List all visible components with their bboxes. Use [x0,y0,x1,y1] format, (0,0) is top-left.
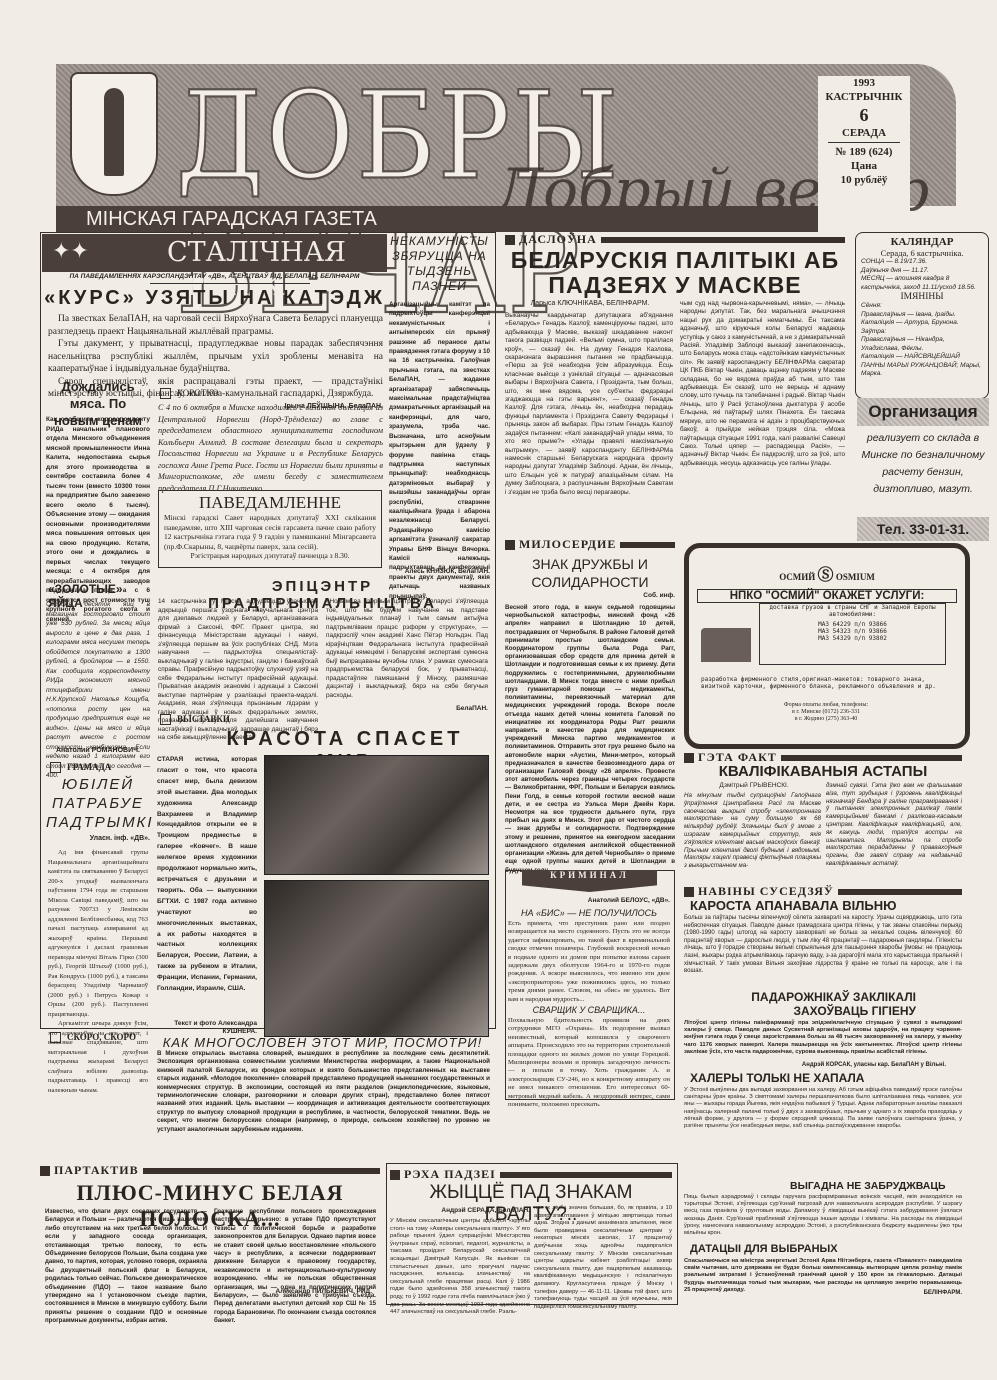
fact-byline: Дзмітрый ГРЫВЕНСКІ. [684,782,824,789]
exhibitions-body: СТАРАЯ истина, которая гласит о том, что… [157,755,257,995]
newspaper-subtitle: МІНСКАЯ ГАРАДСКАЯ ГАЗЕТА [56,206,818,232]
price-label: Цана [818,159,910,173]
partaktiv-col1: Известно, что флаги двух соседних госуда… [45,1208,207,1326]
eggs-byline: Анатолий РОМАНОВИЧ. [46,747,150,754]
noncommunists-byline: Алесь КНЯЗЮК, БелаПАН. [389,568,490,575]
checkbox-bullet-icon [160,388,171,399]
exhibitions-label: ВЫСТАВКИ [160,714,230,725]
fuel-ad-body: реализует со склада в Минске по безналич… [857,430,989,498]
calendar-sun: СОНЦА — 8.19/17.36. [861,258,983,267]
calendar-daylength: Даўжыня дня — 11.17. [861,267,983,276]
calendar-date: Серада, 6 кастрычніка. [856,248,988,258]
echo-col2: ная ж лічба значна большая, бо, як праві… [534,1205,672,1311]
dictionaries-headline: КАК МНОГОСЛОВЕН ЭТОТ МИР, ПОСМОТРИ! [155,1035,490,1050]
lead-headline: «КУРС» УЗЯТЫ НА КАТЭДЖ [42,287,387,310]
epicenter-byline: БелаПАН. [326,705,488,712]
charity-source: Соб. инф. [505,592,675,599]
echo-byline: Андрэй СЕРАДА, БелаПАН. [390,1207,530,1214]
fact-col1: На мінулым тыдні супрацоўнікі Галоўнага … [684,792,821,870]
neighbors-story4-headline: ВЫГАДНА НЕ ЗАБРУДЖВАЦЬ [790,1180,962,1192]
divider [150,283,310,284]
section-label-echo: РЭХА ПАДЗЕІ [390,1167,672,1182]
fuel-ad-footer: Тел. 33-01-31. [857,517,989,541]
hromada-source: Уласн. інф. «ДВ». [46,835,150,842]
neighbors-story2-byline: Андрэй КОРСАК, уласны кар. БелаПАН у Віл… [684,1062,946,1068]
checkbox-bullet-icon [160,714,171,725]
exhibition-photo-authors [264,880,489,1037]
osmium-logo: ОСМИЙ Ⓢ OSMIUM [689,562,965,585]
exhibition-photo-visitors [264,755,489,875]
osmium-delivery-box: доставка грузов в страны СНГ и Западной … [759,603,946,665]
opinions-headline: БЕЛАРУСКІЯ ПАЛІТЫКІ АБ ПАДЗЕЯХ У МАСКВЕ [505,248,845,298]
opinions-col1: Выканаўчы каардынатар дэпутацкага аб'ядн… [505,312,673,497]
crime-byline: Анатолий БЕЛОУС, «ДВ». [505,897,670,904]
hromada-headline: ЮБІЛЕЙ ПАТРАБУЕ ПАДТРЫМКІ [46,775,150,832]
dictionaries-body: В Минске открылась выставка словарей, вы… [157,1050,490,1134]
chronicle-banner: ✦✦ СТАЛІЧНАЯ ХРОНІКА [42,234,387,272]
exhibitions-credit: Текст и фото Александра КУШНЕРА. [157,1020,257,1036]
checkbox-bullet-icon [50,1032,61,1043]
opinions-col2: чым суд над чырвона-карычневымі, няма», … [680,300,845,468]
calendar-moon: МЕСЯЦ — апошняя квадра 8 кастрычніка, за… [861,275,983,292]
charity-headline: ЗНАК ДРУЖБЫ И СОЛИДАРНОСТИ [505,555,675,591]
neighbors-story1-body: Больш за паўтары тысячы віленчукоў сёлет… [684,915,962,976]
neighbors-story5-headline: ДАТАЦЫІ ДЛЯ ВЫБРАНЫХ [690,1243,962,1255]
soon-label: СКОРО, СКОРО [50,1032,136,1043]
hromada-body: Ад імя фінансавай групы Нацыянальнага ар… [48,848,148,1095]
osmium-design: разработка фирменного стиля,оригинал-мак… [701,676,951,690]
neighbors-story3-headline: ХАЛЕРЫ ТОЛЬКІ НЕ ХАПАЛА [690,1071,962,1085]
section-label-charity: МИЛОСЕРДИЕ [505,537,675,552]
opinions-byline: Ларыса КЛЮЧНІКАВА, БЕЛІНФАРМ. [505,300,675,307]
charity-body: Весной этого года, в канун седьмой годов… [505,604,675,875]
neighbors-story3-body: У Эстоніі выяўлены два выпадкі захворван… [684,1087,962,1130]
notice-footer: Рэгістрацыя народных дэпутатаў пачнецца … [159,551,381,560]
issue-year: 1993 [818,76,910,90]
noncommunists-headline: НЕКАМУНІСТЫ ЗБЯРУЦЦА НА ТЫДЗЕНЬ ПАЗНЕЙ [387,234,492,294]
short-body: С 4 по 6 октября в Минске находилась с в… [158,402,383,494]
masthead: ДОБРЫ ВЕЧАР Добрый вечер МІНСКАЯ ГАРАДСК… [56,64,974,234]
osmium-ad: ОСМИЙ Ⓢ OSMIUM НПКО "ОСМИЙ" ОКАЖЕТ УСЛУГ… [684,543,970,749]
checkbox-bullet-icon [50,762,61,773]
echo-col1: У Мінскім сексалагічным цэнтры адбыўся «… [390,1218,530,1317]
crime-story1-body: Есть примета, что преступник рано или по… [508,920,670,1004]
short-label: КОРОТКО [160,388,219,399]
notice-box: ПАВЕДАМЛЕННЕ Мінскі гарадскі Савет народ… [158,490,382,568]
crime-story2-headline: СВАРЩИК У СВАРЩИКА... [505,1005,673,1015]
neighbors-story5-body: Спасылаючыся на міністра энергетыкі Эсто… [684,1258,962,1294]
notice-body: Мінскі гарадскі Савет народных дэпутатаў… [159,513,381,551]
partaktiv-byline: Александр ПИЛЬКЕВИЧ, РИД. [214,1288,372,1295]
section-label-opinions: ДАСЛОЎНА [505,232,845,247]
chronicle-sources: ПА ПАВЕДАМЛЕННЯХ КАРЭСПАНДЭНТАЎ «ДВ», АГ… [42,273,387,280]
neighbors-story2-headline: ПАДАРОЖНІКАЎ ЗАКЛІКАЛІ ЗАХОЎВАЦЬ ГІГІЕНУ [684,990,916,1018]
fact-col2: дэмнай сувязі. Гэта ўжо вам не фальшывая… [826,782,962,868]
issue-number: № 189 (624) [818,145,910,159]
calendar-title: КАЛЯНДАР [856,236,988,248]
section-label-neighbors: НАВІНЫ СУСЕДЗЯЎ [684,884,962,899]
osmium-contacts: Форма оплаты любая, телефоны: в г. Минск… [701,702,951,723]
street-lamps-icon: ✦✦ [52,238,112,268]
partaktiv-col2: Граждане республики польского происхожде… [214,1208,376,1326]
neighbors-story4-body: Пяць былых аэрадромаў і склады гаручага … [684,1194,962,1237]
fuel-ad-header: Организация [857,398,989,426]
hromada-label: ГРАМАДА [50,762,111,773]
namedays-title: ІМЯНІНЫ [856,292,988,302]
epicenter-col2: «Новым ва ўзорным цэнтры ў Беларусі з'яў… [326,598,488,700]
crime-story2-body: Похвальную бдительность проявили на днях… [508,1017,670,1109]
issue-day: 6 [818,104,910,126]
price: 10 рублёў [818,173,910,187]
fact-headline: КВАЛІФІКАВАНЫЯ АСТАПЫ [684,763,962,780]
crime-story1-headline: НА «БИС» — НЕ ПОЛУЧИЛОСЬ [505,908,673,918]
truck-icon [701,628,751,662]
issue-weekday: СЕРАДА [818,126,910,140]
notice-title: ПАВЕДАМЛЕННЕ [159,493,381,513]
issue-date-box: 1993 КАСТРЫЧНІК 6 СЕРАДА № 189 (624) Цан… [818,76,910,226]
section-label-partaktiv: ПАРТАКТИВ [40,1163,380,1178]
noncommunists-body: Арганізацыйны камітэт па падрыхтоўцы кан… [389,300,490,601]
neighbors-story2-body: Літоўскі цэнтр гігіены паінфармаваў пра … [684,1020,962,1056]
issue-month: КАСТРЫЧНІК [818,90,910,104]
neighbors-story1-headline: КАРОСТА АПАНАВАЛА ВІЛЬНЮ [690,898,962,913]
neighbors-story5-byline: БЕЛІНФАРМ. [684,1290,962,1296]
coat-of-arms-icon [70,72,158,196]
calendar-box: КАЛЯНДАР Серада, 6 кастрычніка. СОНЦА — … [855,232,989,399]
osmium-title: НПКО "ОСМИЙ" ОКАЖЕТ УСЛУГИ: [697,589,957,603]
osmium-logo-icon: Ⓢ [818,567,834,584]
